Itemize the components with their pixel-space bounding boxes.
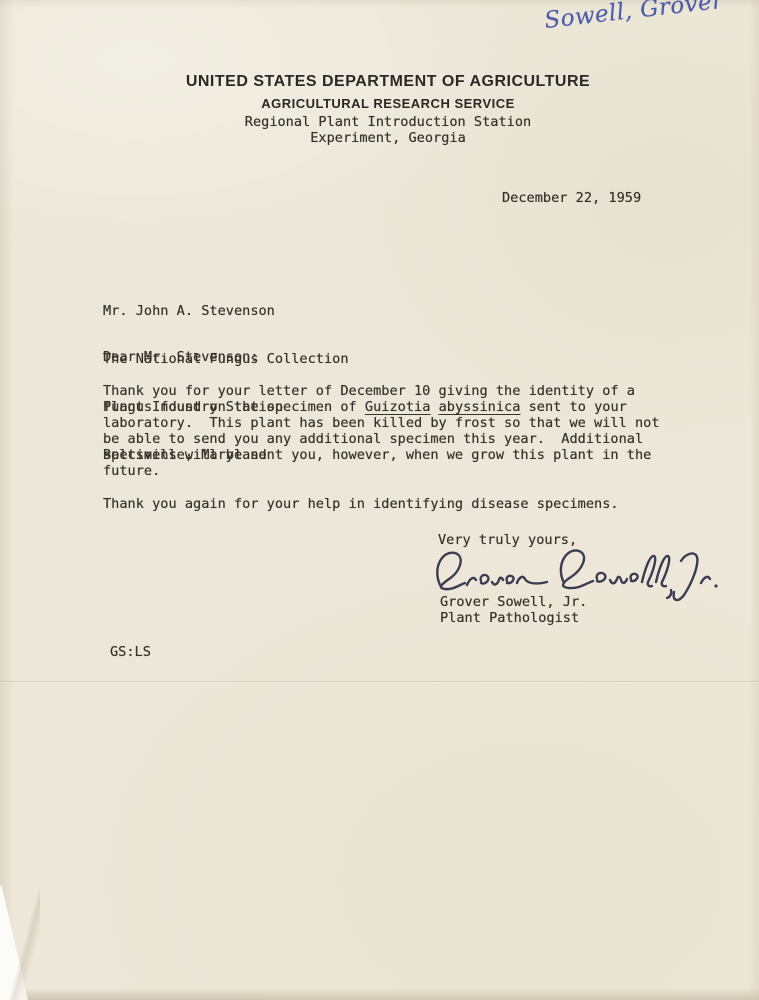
species-genus-underlined: Guizotia: [365, 399, 430, 415]
letter-date: December 22, 1959: [502, 190, 641, 206]
species-epithet-underlined: abyssinica: [439, 399, 521, 415]
salutation: Dear Mr. Stevenson:: [103, 349, 259, 365]
recipient-name: Mr. John A. Stevenson: [103, 303, 349, 319]
reference-initials: GS:LS: [110, 644, 151, 660]
letterhead-location: Experiment, Georgia: [18, 130, 758, 146]
letterhead-station: Regional Plant Introduction Station: [18, 114, 758, 130]
body-text-space: [430, 399, 438, 415]
sender-title: Plant Pathologist: [440, 610, 579, 626]
valediction: Very truly yours,: [438, 532, 577, 548]
letterhead-department: UNITED STATES DEPARTMENT OF AGRICULTURE: [18, 73, 758, 91]
paper-fold-crease: [0, 681, 759, 684]
sender-typed-name: Grover Sowell, Jr.: [440, 594, 587, 610]
letterhead: UNITED STATES DEPARTMENT OF AGRICULTURE …: [18, 73, 758, 146]
scan-edge-highlight: [0, 886, 28, 1000]
letter-document: Sowell, Grover UNITED STATES DEPARTMENT …: [0, 0, 759, 1000]
handwritten-annotation: Sowell, Grover: [543, 0, 725, 34]
letterhead-service: AGRICULTURAL RESEARCH SERVICE: [18, 96, 758, 111]
body-paragraph-1: Thank you for your letter of December 10…: [103, 383, 703, 479]
body-paragraph-2: Thank you again for your help in identif…: [103, 496, 703, 512]
